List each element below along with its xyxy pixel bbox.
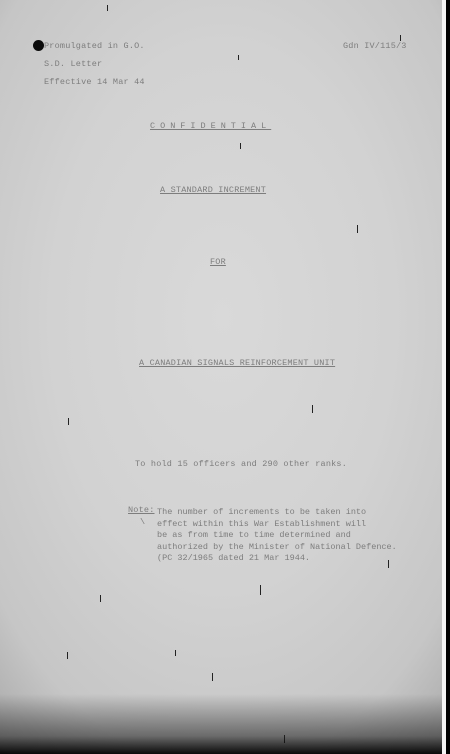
film-speck (260, 585, 261, 595)
note-label: Note: (128, 505, 155, 515)
document-page: Promulgated in G.O. S.D. Letter Effectiv… (0, 0, 446, 754)
scan-edge (442, 0, 446, 754)
title-line-3: A CANADIAN SIGNALS REINFORCEMENT UNIT (139, 358, 335, 368)
title-line-1: A STANDARD INCREMENT (160, 185, 266, 195)
film-speck (312, 405, 313, 413)
header-effective-date: Effective 14 Mar 44 (44, 77, 145, 87)
film-speck (357, 225, 358, 233)
punch-hole (33, 40, 44, 51)
film-speck (400, 35, 401, 41)
film-speck (68, 418, 69, 425)
title-line-2: FOR (210, 257, 226, 267)
film-speck (100, 595, 101, 602)
film-speck (107, 5, 108, 11)
film-speck (240, 143, 241, 149)
film-speck (238, 55, 239, 60)
note-body: The number of increments to be taken int… (157, 507, 397, 565)
film-speck (67, 652, 68, 659)
header-promulgated: Promulgated in G.O. (44, 41, 145, 51)
film-speck (175, 650, 176, 656)
strength-statement: To hold 15 officers and 290 other ranks. (135, 459, 347, 469)
scan-vignette (0, 694, 446, 754)
header-sd-letter: S.D. Letter (44, 59, 102, 69)
note-marker: \ (140, 517, 145, 527)
film-speck (212, 673, 213, 681)
classification-heading: CONFIDENTIAL (150, 121, 271, 131)
document-reference-number: Gdn IV/115/3 (343, 41, 407, 51)
film-speck (388, 560, 389, 568)
